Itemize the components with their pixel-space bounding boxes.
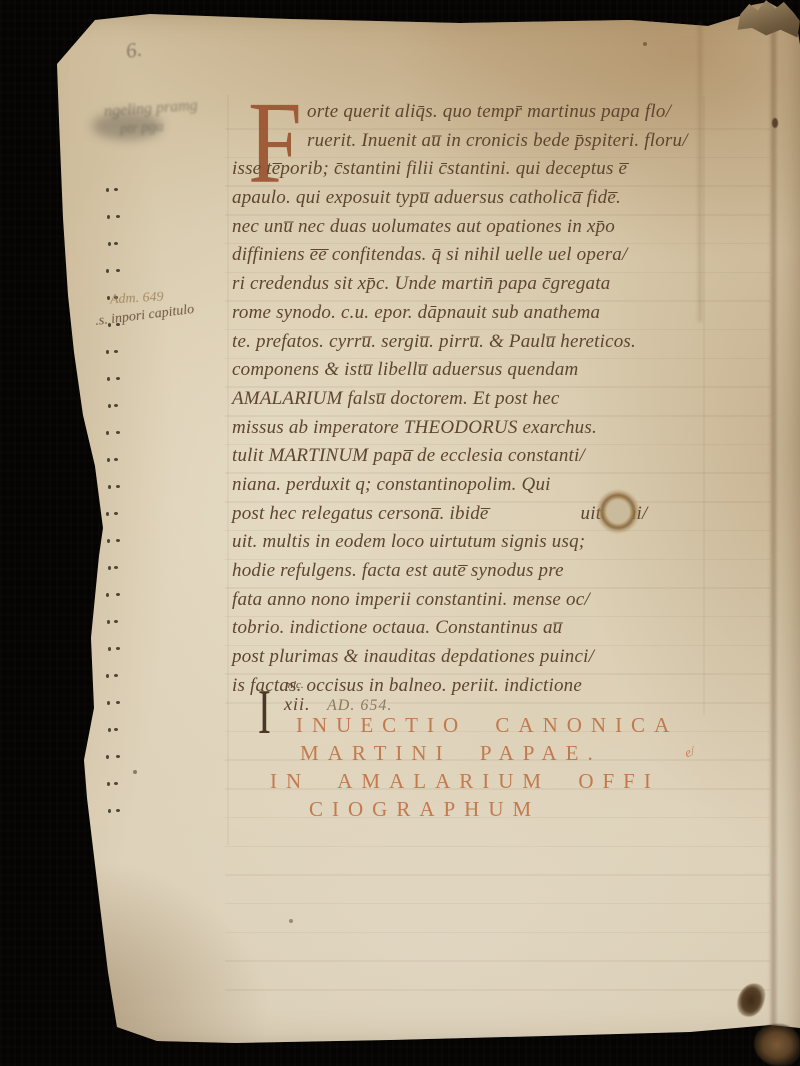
text-line: fata anno nono imperii constantini. mens… (232, 586, 732, 615)
pricking-dot (116, 809, 120, 812)
pricking-dot (116, 269, 120, 272)
text-line: uit. multis in eodem loco uirtutum signi… (232, 528, 732, 557)
pricking-dot (116, 539, 120, 542)
pricking-dot (114, 728, 118, 731)
text-line: missus ab imperatore THEODORUS exarchus. (232, 414, 732, 443)
pricking-dot (116, 215, 120, 218)
ruling-line (225, 874, 770, 876)
pricking-dot (116, 377, 120, 380)
pricking-dot (107, 215, 110, 219)
text-line: post hec relegatus cersona̅. ibide̅uita̅… (232, 500, 732, 529)
pricking-dot (116, 593, 120, 596)
faded-margin-note: ptr pga (120, 119, 165, 138)
pricking-dot (108, 566, 111, 570)
crease-blemish (772, 118, 778, 128)
pricking-dot (106, 512, 109, 516)
initial-I: I (258, 680, 271, 744)
ruling-line (225, 989, 770, 991)
pricking-dot (114, 404, 118, 407)
ruling-line (225, 846, 770, 848)
explicit-superscript: mic. (285, 679, 304, 691)
text-line: tulit MARTINUM papa̅ de ecclesia constan… (232, 442, 732, 471)
text-line: hodie refulgens. facta est aute̅ synodus… (232, 557, 732, 586)
pricking-dot (106, 755, 109, 759)
ruling-line (225, 960, 770, 962)
pricking-dot (116, 485, 120, 488)
pricking-dot (108, 728, 111, 732)
ruling-line (225, 903, 770, 905)
text-line: niana. perduxit q; constantinopolim. Qui (232, 471, 732, 500)
pricking-dot (116, 701, 120, 704)
text-line: te. prefatos. cyrru̅. sergiu̅. pirru̅. &… (232, 328, 732, 357)
pricking-dot (108, 485, 111, 489)
pricking-dot (106, 431, 109, 435)
text-line: rome synodo. c.u. epor. dāpnauit sub ana… (232, 299, 732, 328)
pricking-dot (114, 350, 118, 353)
rubric-line: IN AMALARIUM OFFI (270, 769, 660, 794)
parchment-hole (596, 489, 640, 534)
text-line: post plurimas & inauditas depdationes pu… (232, 643, 732, 672)
pricking-dot (108, 242, 111, 246)
rubric-line: CIOGRAPHUM (309, 797, 540, 822)
pricking-dot (107, 539, 110, 543)
main-text-block: orte querit aliq̄s. quo tempr̄ martinus … (232, 98, 732, 700)
pricking-dot (114, 674, 118, 677)
text-line: isse te̅porib; c̄stantini filii c̄stanti… (232, 155, 732, 184)
explicit-roman-numeral: xii. (284, 694, 311, 715)
text-line: ri credendus sit xp̄c. Unde martin̄ papa… (232, 270, 732, 299)
pricking-dot (107, 377, 110, 381)
text-line-segment: post hec relegatus cersona̅. ibide̅ (232, 503, 489, 524)
pricking-dot (106, 674, 109, 678)
pricking-dot (108, 404, 111, 408)
pricking-dot (107, 620, 110, 624)
pricking-dot (114, 782, 118, 785)
text-line: apaulo. qui exposuit typu̅ aduersus cath… (232, 184, 732, 213)
pricking-dot (106, 269, 109, 273)
text-line: diffiniens e̅e̅ confitendas. q̄ si nihil… (232, 241, 732, 270)
worm-hole (133, 770, 137, 774)
fly-speck (643, 42, 647, 46)
text-line: orte querit aliq̄s. quo tempr̄ martinus … (232, 98, 732, 127)
text-line: ruerit. Inuenit au̅ in cronicis bede p̄s… (232, 127, 732, 156)
ruling-line (225, 932, 770, 934)
pricking-dot (116, 647, 120, 650)
pricking-dot (107, 701, 110, 705)
pricking-dot (106, 350, 109, 354)
pricking-dot (114, 242, 118, 245)
pricking-dot (114, 620, 118, 623)
text-line: nec unu̅ nec duas uolumates aut opatione… (232, 213, 732, 242)
pricking-dot (108, 647, 111, 651)
text-line: tobrio. indictione octaua. Constantinus … (232, 614, 732, 643)
rubric-line: INUECTIO CANONICA (296, 713, 678, 738)
pricking-dot (114, 188, 118, 191)
pricking-dot (114, 512, 118, 515)
rubric-line: MARTINI PAPAE. (300, 741, 602, 766)
pricking-dot (106, 188, 109, 192)
worm-hole (289, 919, 293, 923)
manuscript-photo: { "document": { "type": "medieval-manusc… (0, 0, 800, 1066)
pricking-dot (114, 566, 118, 569)
pricking-dot (107, 782, 110, 786)
pricking-dot (106, 593, 109, 597)
ruling-line (227, 95, 229, 845)
pricking-dot (116, 755, 120, 758)
pricking-dot (116, 431, 120, 434)
pricking-dot (114, 458, 118, 461)
pricking-dot (107, 458, 110, 462)
pricking-dot (108, 809, 111, 813)
text-line: AMALARIUM falsu̅ doctorem. Et post hec (232, 385, 732, 414)
text-line: componens & istu̅ libellu̅ aduersus quen… (232, 356, 732, 385)
bottom-corner-lump (754, 1024, 800, 1066)
